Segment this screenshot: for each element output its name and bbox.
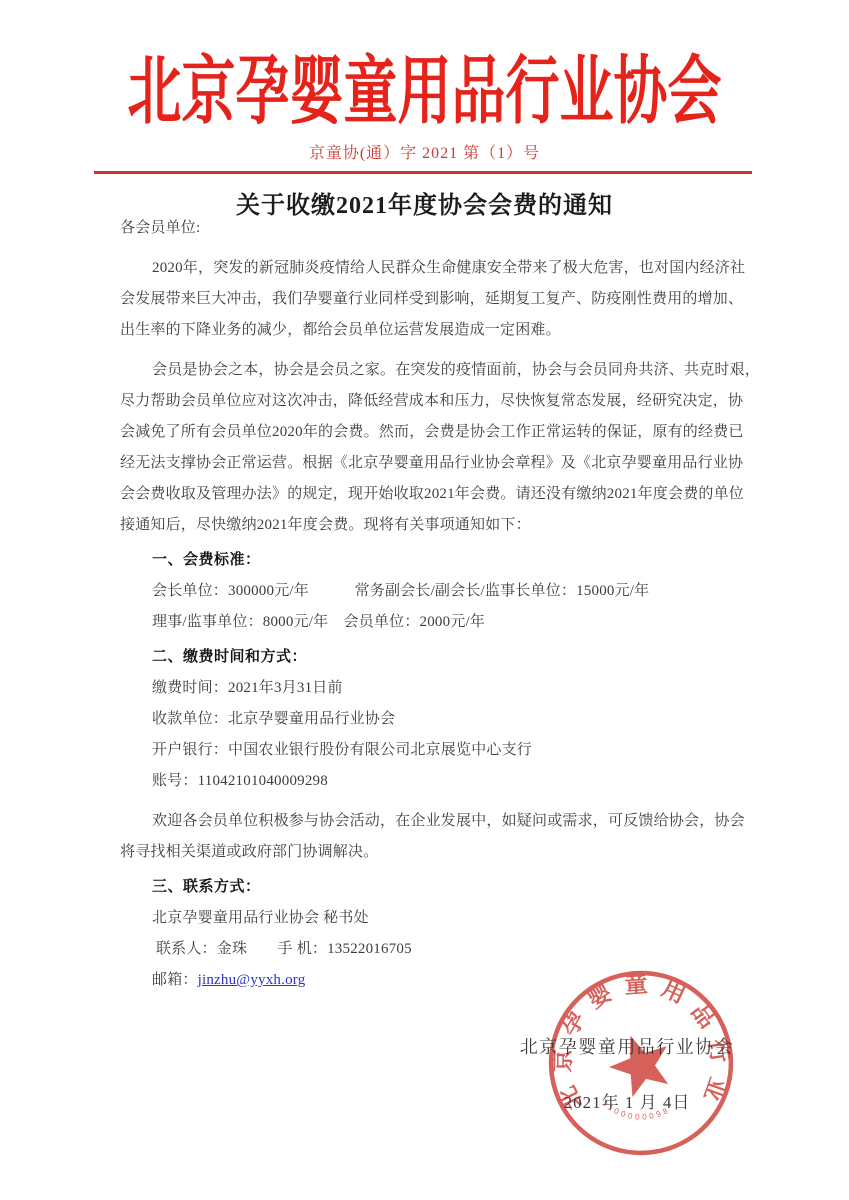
payment-line: 收款单位：北京孕婴童用品行业协会	[120, 704, 849, 735]
section-heading-payment: 二、缴费时间和方式：	[120, 642, 849, 673]
signature-org: 北京孕婴童用品行业协会	[512, 1032, 742, 1062]
paragraph-line: 将寻找相关渠道或政府部门协调解决。	[120, 837, 849, 868]
notice-body: 各会员单位: 2020年，突发的新冠肺炎疫情给人民群众生命健康安全带来了极大危害…	[0, 213, 849, 996]
paragraph-line: 尽力帮助会员单位应对这次冲击，降低经营成本和压力，尽快恢复常态发展，经研究决定，…	[120, 386, 849, 417]
contact-email-line: 邮箱：jinzhu@yyxh.org	[120, 965, 849, 996]
document-page: 北京孕婴童用品行业协会 京童协(通）字 2021 第（1）号 关于收缴2021年…	[0, 0, 849, 1200]
paragraph-line: 会会费收取及管理办法》的规定，现开始收取2021年会费。请还没有缴纳2021年度…	[120, 479, 849, 510]
paragraph-line: 欢迎各会员单位积极参与协会活动，在企业发展中，如疑问或需求，可反馈给协会，协会	[120, 806, 849, 837]
fee-line: 理事/监事单位：8000元/年 会员单位：2000元/年	[120, 607, 849, 638]
salutation: 各会员单位:	[120, 213, 849, 244]
payment-line: 账号：11042101040009298	[120, 766, 849, 797]
paragraph-line: 出生率的下降业务的减少，都给会员单位运营发展造成一定困难。	[120, 315, 849, 346]
paragraph-line: 会发展带来巨大冲击，我们孕婴童行业同样受到影响，延期复工复产、防疫刚性费用的增加…	[120, 284, 849, 315]
email-label: 邮箱：	[152, 972, 198, 988]
payment-line: 开户银行：中国农业银行股份有限公司北京展览中心支行	[120, 735, 849, 766]
paragraph-line: 会减免了所有会员单位2020年的会费。然而，会费是协会工作正常运转的保证，原有的…	[120, 417, 849, 448]
paragraph-line: 接通知后，尽快缴纳2021年度会费。现将有关事项通知如下：	[120, 510, 849, 541]
contact-person-phone: 联系人：金珠 手 机：13522016705	[120, 934, 849, 965]
section-heading-fees: 一、会费标准：	[120, 545, 849, 576]
letterhead-org-title: 北京孕婴童用品行业协会	[0, 41, 849, 146]
letterhead-rule	[94, 171, 752, 174]
signature-block: 北京孕婴童用品行业协会 2021年 1 月 4日	[512, 1032, 742, 1115]
section-heading-contact: 三、联系方式：	[120, 872, 849, 903]
contact-secretariat: 北京孕婴童用品行业协会 秘书处	[120, 903, 849, 934]
paragraph-line: 会员是协会之本，协会是会员之家。在突发的疫情面前，协会与会员同舟共济、共克时艰，	[120, 355, 849, 386]
paragraph-line: 2020年，突发的新冠肺炎疫情给人民群众生命健康安全带来了极大危害，也对国内经济…	[120, 253, 849, 284]
payment-line: 缴费时间：2021年3月31日前	[120, 673, 849, 704]
signature-date: 2021年 1 月 4日	[512, 1091, 742, 1115]
paragraph-line: 经无法支撑协会正常运营。根据《北京孕婴童用品行业协会章程》及《北京孕婴童用品行业…	[120, 448, 849, 479]
email-link[interactable]: jinzhu@yyxh.org	[198, 972, 306, 988]
doc-number: 京童协(通）字 2021 第（1）号	[0, 143, 849, 165]
fee-line: 会长单位：300000元/年 常务副会长/副会长/监事长单位：15000元/年	[120, 576, 849, 607]
